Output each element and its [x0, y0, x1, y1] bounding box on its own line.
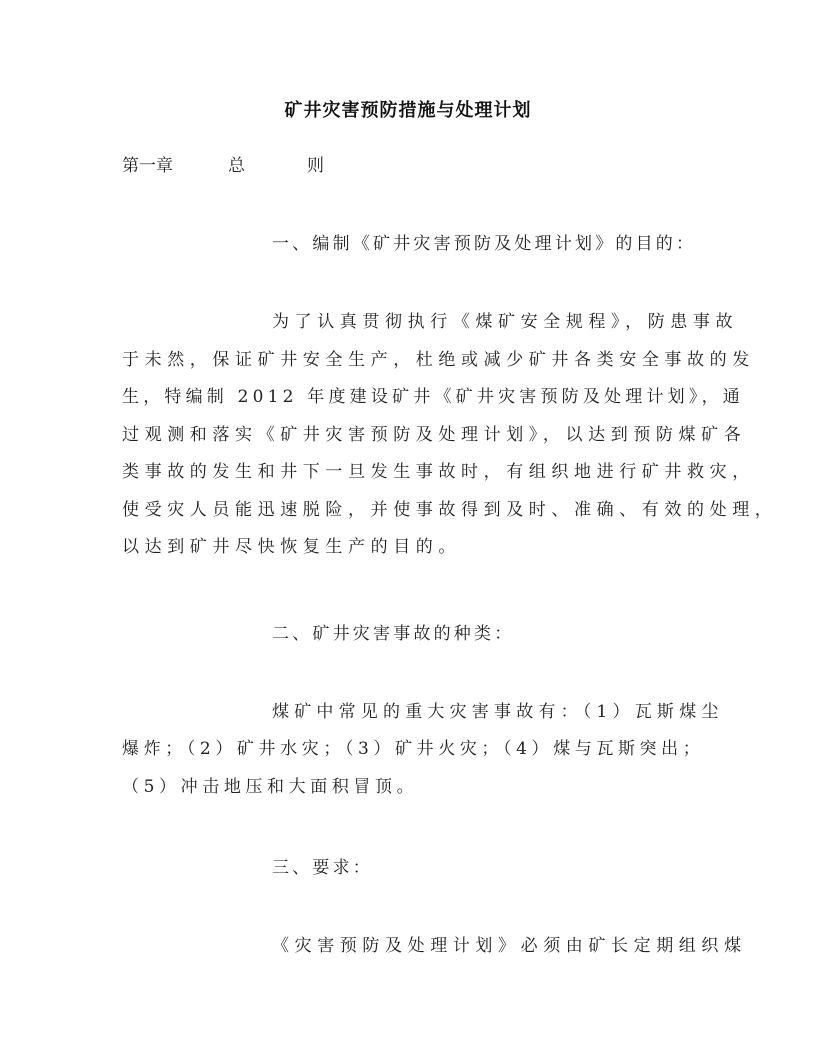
paragraph-line: 煤矿中常见的重大灾害事故有：（1）瓦斯煤尘 — [272, 697, 724, 722]
chapter-heading: 第一章总则 — [122, 151, 324, 176]
paragraph-line: 以达到矿井尽快恢复生产的目的。 — [122, 532, 461, 557]
paragraph-line: 爆炸；（2）矿井水灾；（3）矿井火灾；（4）煤与瓦斯突出； — [122, 734, 704, 759]
paragraph-line: 过观测和落实《矿井灾害预防及处理计划》，以达到预防煤矿各 — [122, 420, 746, 445]
paragraph-line: 《灾害预防及处理计划》必须由矿长定期组织煤 — [272, 931, 747, 956]
paragraph-line: 生，特编制 2012 年度建设矿井《矿井灾害预防及处理计划》，通 — [122, 382, 744, 407]
chapter-name-part1: 总 — [228, 151, 245, 176]
paragraph-line: 使受灾人员能迅速脱险，并使事故得到及时、准确、有效的处理， — [122, 495, 777, 520]
chapter-number: 第一章 — [122, 151, 173, 176]
paragraph-line: 为了认真贯彻执行《煤矿安全规程》，防患事故 — [272, 307, 738, 332]
paragraph-line: 于未然，保证矿井安全生产，杜绝或减少矿井各类安全事故的发 — [122, 345, 755, 370]
document-page: 矿井灾害预防措施与处理计划 第一章总则 一、编制《矿井灾害预防及处理计划》的目的… — [0, 0, 816, 1056]
paragraph-line: 类事故的发生和井下一旦发生事故时，有组织地进行矿井救灾， — [122, 457, 755, 482]
section-heading-disaster-types: 二、矿井灾害事故的种类： — [272, 619, 514, 644]
section-heading-requirements: 三、要求： — [272, 853, 373, 878]
document-title: 矿井灾害预防措施与处理计划 — [0, 96, 816, 122]
section-heading-purpose: 一、编制《矿井灾害预防及处理计划》的目的： — [272, 229, 696, 254]
paragraph-line: （5）冲击地压和大面积冒顶。 — [122, 772, 418, 797]
chapter-name-part2: 则 — [307, 151, 324, 176]
